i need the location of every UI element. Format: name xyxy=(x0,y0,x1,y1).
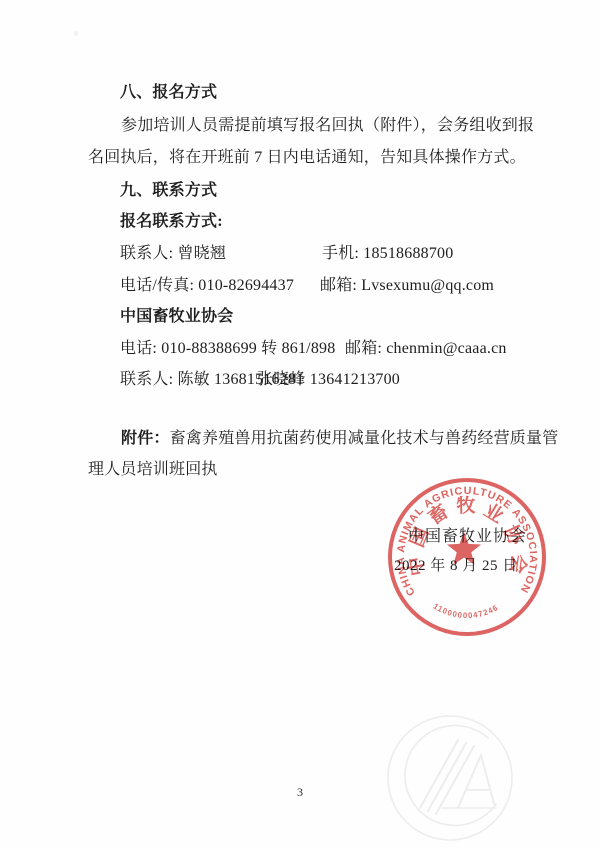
seal-code-number: 1100000047246 xyxy=(432,602,500,620)
registration-contact-person: 联系人: 曾晓翘 xyxy=(120,245,226,263)
paragraph-line-2: 名回执后，将在开班前 7 日内电话通知，告知具体操作方式。 xyxy=(88,149,526,167)
page-number: 3 xyxy=(0,785,600,800)
organization-name: 中国畜牧业协会 xyxy=(120,308,233,326)
registration-phone-fax: 电话/传真: 010-82694437 xyxy=(120,277,294,295)
seal-star-icon xyxy=(447,532,481,565)
organization-phone: 电话: 010-88388699 转 861/898 xyxy=(120,340,335,358)
attachment-label: 附件： xyxy=(121,430,170,447)
registration-mobile: 手机: 18518688700 xyxy=(322,245,453,263)
document-page: 八、报名方式 参加培训人员需提前填写报名回执（附件），会务组收到报 名回执后，将… xyxy=(0,0,600,848)
caaa-logo-watermark-icon xyxy=(384,712,516,844)
attachment-line-2: 理人员培训班回执 xyxy=(88,461,218,479)
section-9-heading: 九、联系方式 xyxy=(120,182,217,200)
registration-contact-heading: 报名联系方式: xyxy=(120,213,223,231)
paragraph-line-1: 参加培训人员需提前填写报名回执（附件），会务组收到报 xyxy=(121,117,534,135)
organization-email: 邮箱: chenmin@caaa.cn xyxy=(345,340,507,358)
official-seal: CHINA ANIMAL AGRICULTURE ASSOCIATION 中国畜… xyxy=(385,475,549,639)
attachment-line-1: 附件：畜禽养殖兽用抗菌药使用减量化技术与兽药经营质量管 xyxy=(121,430,558,448)
section-8-heading: 八、报名方式 xyxy=(120,84,217,102)
scan-artifact-dot xyxy=(74,31,78,36)
organization-contact-2: 张晓峰 13641213700 xyxy=(257,371,400,389)
registration-email: 邮箱: Lvsexumu@qq.com xyxy=(320,277,494,295)
attachment-title-part-1: 畜禽养殖兽用抗菌药使用减量化技术与兽药经营质量管 xyxy=(170,430,559,447)
